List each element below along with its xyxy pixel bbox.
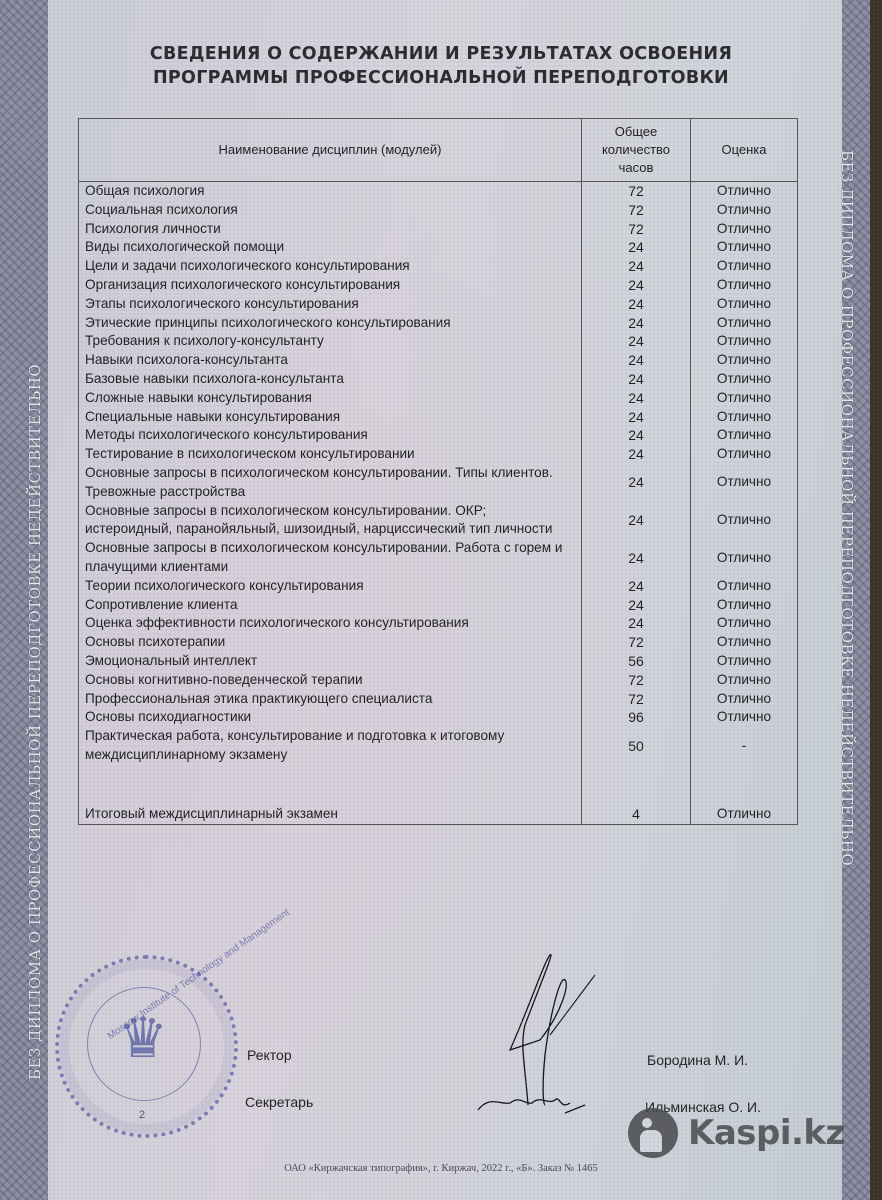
grade-cell: Отлично bbox=[691, 332, 798, 351]
grade-cell: Отлично bbox=[691, 389, 798, 408]
grade-cell: Отлично bbox=[691, 614, 798, 633]
table-row: Требования к психологу-консультанту24Отл… bbox=[79, 332, 798, 351]
hours-cell: 24 bbox=[582, 408, 691, 427]
table-row: Оценка эффективности психологического ко… bbox=[79, 614, 798, 633]
title-line-2: ПРОГРАММЫ ПРОФЕССИОНАЛЬНОЙ ПЕРЕПОДГОТОВК… bbox=[0, 66, 882, 90]
table-row: Общая психология72Отлично bbox=[79, 182, 798, 201]
rector-label: Ректор bbox=[247, 1047, 292, 1063]
discipline-name: Требования к психологу-консультанту bbox=[79, 332, 582, 351]
table-row: Организация психологического консультиро… bbox=[79, 276, 798, 295]
hours-cell: 24 bbox=[582, 445, 691, 464]
table-row bbox=[79, 765, 798, 805]
hours-cell: 24 bbox=[582, 502, 691, 540]
grade-cell: Отлично bbox=[691, 238, 798, 257]
discipline-name: Методы психологического консультирования bbox=[79, 426, 582, 445]
grade-cell: Отлично bbox=[691, 276, 798, 295]
table-row: Специальные навыки консультирования24Отл… bbox=[79, 408, 798, 427]
grade-cell: - bbox=[691, 727, 798, 765]
grade-cell: Отлично bbox=[691, 671, 798, 690]
diploma-supplement-page: БЕЗ ДИПЛОМА О ПРОФЕССИОНАЛЬНОЙ ПЕРЕПОДГО… bbox=[0, 0, 882, 1200]
grade-cell: Отлично bbox=[691, 577, 798, 596]
discipline-name: Базовые навыки психолога-консультанта bbox=[79, 370, 582, 389]
hours-cell: 24 bbox=[582, 614, 691, 633]
discipline-name: Сопротивление клиента bbox=[79, 596, 582, 615]
security-border-right: БЕЗ ДИПЛОМА О ПРОФЕССИОНАЛЬНОЙ ПЕРЕПОДГО… bbox=[842, 0, 882, 1200]
discipline-name: Организация психологического консультиро… bbox=[79, 276, 582, 295]
secretary-label: Секретарь bbox=[245, 1094, 313, 1110]
grade-cell: Отлично bbox=[691, 445, 798, 464]
hours-cell: 24 bbox=[582, 332, 691, 351]
discipline-name: Основные запросы в психологическом консу… bbox=[79, 502, 582, 540]
watermark-text: Kaspi.kz bbox=[688, 1113, 845, 1153]
table-row: Теории психологического консультирования… bbox=[79, 577, 798, 596]
discipline-name: Основные запросы в психологическом консу… bbox=[79, 539, 582, 577]
table-row: Сложные навыки консультирования24Отлично bbox=[79, 389, 798, 408]
table-row: Виды психологической помощи24Отлично bbox=[79, 238, 798, 257]
discipline-name: Общая психология bbox=[79, 182, 582, 201]
table-row: Основы когнитивно-поведенческой терапии7… bbox=[79, 671, 798, 690]
table-row: Навыки психолога-консультанта24Отлично bbox=[79, 351, 798, 370]
header-grade: Оценка bbox=[691, 119, 798, 182]
grade-cell: Отлично bbox=[691, 370, 798, 389]
hours-cell: 72 bbox=[582, 671, 691, 690]
discipline-name bbox=[79, 765, 582, 805]
hours-cell: 96 bbox=[582, 708, 691, 727]
disciplines-table: Наименование дисциплин (модулей) Общее к… bbox=[78, 118, 798, 825]
discipline-name: Специальные навыки консультирования bbox=[79, 408, 582, 427]
hours-cell: 56 bbox=[582, 652, 691, 671]
hours-cell bbox=[582, 765, 691, 805]
kaspi-watermark: Kaspi.kz bbox=[628, 1108, 845, 1158]
discipline-name: Цели и задачи психологического консульти… bbox=[79, 257, 582, 276]
table-row: Сопротивление клиента24Отлично bbox=[79, 596, 798, 615]
border-text-left: БЕЗ ДИПЛОМА О ПРОФЕССИОНАЛЬНОЙ ПЕРЕПОДГО… bbox=[26, 364, 44, 1080]
grade-cell: Отлично bbox=[691, 464, 798, 502]
table-row: Этические принципы психологического конс… bbox=[79, 314, 798, 333]
discipline-name: Профессиональная этика практикующего спе… bbox=[79, 690, 582, 709]
discipline-name: Тестирование в психологическом консульти… bbox=[79, 445, 582, 464]
table-row: Базовые навыки психолога-консультанта24О… bbox=[79, 370, 798, 389]
grade-cell: Отлично bbox=[691, 201, 798, 220]
hours-cell: 24 bbox=[582, 238, 691, 257]
border-text-right: БЕЗ ДИПЛОМА О ПРОФЕССИОНАЛЬНОЙ ПЕРЕПОДГО… bbox=[838, 150, 856, 866]
discipline-name: Основы психодиагностики bbox=[79, 708, 582, 727]
table-body: Общая психология72ОтличноСоциальная псих… bbox=[79, 182, 798, 825]
discipline-name: Оценка эффективности психологического ко… bbox=[79, 614, 582, 633]
discipline-name: Виды психологической помощи bbox=[79, 238, 582, 257]
hours-cell: 24 bbox=[582, 539, 691, 577]
discipline-name: Навыки психолога-консультанта bbox=[79, 351, 582, 370]
discipline-name: Сложные навыки консультирования bbox=[79, 389, 582, 408]
grade-cell: Отлично bbox=[691, 539, 798, 577]
hours-cell: 24 bbox=[582, 464, 691, 502]
hours-cell: 24 bbox=[582, 257, 691, 276]
table-row: Цели и задачи психологического консульти… bbox=[79, 257, 798, 276]
table-row: Основные запросы в психологическом консу… bbox=[79, 539, 798, 577]
discipline-name: Итоговый междисциплинарный экзамен bbox=[79, 805, 582, 824]
grade-cell: Отлично bbox=[691, 633, 798, 652]
grade-cell: Отлично bbox=[691, 708, 798, 727]
table-row: Основы психодиагностики96Отлично bbox=[79, 708, 798, 727]
grade-cell: Отлично bbox=[691, 314, 798, 333]
hours-cell: 24 bbox=[582, 276, 691, 295]
discipline-name: Основы когнитивно-поведенческой терапии bbox=[79, 671, 582, 690]
hours-cell: 24 bbox=[582, 426, 691, 445]
grade-cell: Отлично bbox=[691, 351, 798, 370]
table-row: Основные запросы в психологическом консу… bbox=[79, 502, 798, 540]
discipline-name: Этические принципы психологического конс… bbox=[79, 314, 582, 333]
document-title: СВЕДЕНИЯ О СОДЕРЖАНИИ И РЕЗУЛЬТАТАХ ОСВО… bbox=[0, 42, 882, 90]
discipline-name: Эмоциональный интеллект bbox=[79, 652, 582, 671]
table-row: Основы психотерапии72Отлично bbox=[79, 633, 798, 652]
discipline-name: Теории психологического консультирования bbox=[79, 577, 582, 596]
hours-cell: 72 bbox=[582, 201, 691, 220]
table-row: Психология личности72Отлично bbox=[79, 220, 798, 239]
rector-name: Бородина М. И. bbox=[647, 1052, 748, 1068]
grade-cell: Отлично bbox=[691, 182, 798, 201]
hours-cell: 24 bbox=[582, 389, 691, 408]
table-row: Методы психологического консультирования… bbox=[79, 426, 798, 445]
grade-cell: Отлично bbox=[691, 426, 798, 445]
table-row: Эмоциональный интеллект56Отлично bbox=[79, 652, 798, 671]
discipline-name: Основные запросы в психологическом консу… bbox=[79, 464, 582, 502]
grade-cell: Отлично bbox=[691, 220, 798, 239]
hours-cell: 72 bbox=[582, 633, 691, 652]
printer-imprint: ОАО «Киржачская типография», г. Киржач, … bbox=[0, 1163, 882, 1174]
table-row: Этапы психологического консультирования2… bbox=[79, 295, 798, 314]
discipline-name: Практическая работа, консультирование и … bbox=[79, 727, 582, 765]
grade-cell bbox=[691, 765, 798, 805]
hours-cell: 50 bbox=[582, 727, 691, 765]
coat-of-arms-icon: ♛ bbox=[111, 999, 175, 1079]
official-stamp: Moscow Institute of Technology and Manag… bbox=[55, 955, 238, 1138]
hours-cell: 24 bbox=[582, 577, 691, 596]
grade-cell: Отлично bbox=[691, 596, 798, 615]
hours-cell: 24 bbox=[582, 295, 691, 314]
table-row: Тестирование в психологическом консульти… bbox=[79, 445, 798, 464]
grade-cell: Отлично bbox=[691, 408, 798, 427]
table-row: Итоговый междисциплинарный экзамен4Отлич… bbox=[79, 805, 798, 824]
kaspi-logo-icon bbox=[628, 1108, 678, 1158]
grade-cell: Отлично bbox=[691, 652, 798, 671]
table-header-row: Наименование дисциплин (модулей) Общее к… bbox=[79, 119, 798, 182]
header-discipline-name: Наименование дисциплин (модулей) bbox=[79, 119, 582, 182]
hours-cell: 24 bbox=[582, 370, 691, 389]
table-row: Практическая работа, консультирование и … bbox=[79, 727, 798, 765]
grade-cell: Отлично bbox=[691, 805, 798, 824]
grade-cell: Отлично bbox=[691, 295, 798, 314]
hours-cell: 72 bbox=[582, 220, 691, 239]
table-row: Основные запросы в психологическом консу… bbox=[79, 464, 798, 502]
title-line-1: СВЕДЕНИЯ О СОДЕРЖАНИИ И РЕЗУЛЬТАТАХ ОСВО… bbox=[0, 42, 882, 66]
discipline-name: Этапы психологического консультирования bbox=[79, 295, 582, 314]
hours-cell: 24 bbox=[582, 596, 691, 615]
table-row: Социальная психология72Отлично bbox=[79, 201, 798, 220]
hours-cell: 72 bbox=[582, 690, 691, 709]
stamp-number: 2 bbox=[139, 1109, 145, 1121]
discipline-name: Психология личности bbox=[79, 220, 582, 239]
grade-cell: Отлично bbox=[691, 690, 798, 709]
hours-cell: 24 bbox=[582, 314, 691, 333]
table-row: Профессиональная этика практикующего спе… bbox=[79, 690, 798, 709]
hours-cell: 4 bbox=[582, 805, 691, 824]
discipline-name: Социальная психология bbox=[79, 201, 582, 220]
hours-cell: 72 bbox=[582, 182, 691, 201]
rector-signature bbox=[470, 945, 610, 1120]
grade-cell: Отлично bbox=[691, 502, 798, 540]
discipline-name: Основы психотерапии bbox=[79, 633, 582, 652]
security-border-left: БЕЗ ДИПЛОМА О ПРОФЕССИОНАЛЬНОЙ ПЕРЕПОДГО… bbox=[0, 0, 48, 1200]
grade-cell: Отлично bbox=[691, 257, 798, 276]
hours-cell: 24 bbox=[582, 351, 691, 370]
header-hours: Общее количество часов bbox=[582, 119, 691, 182]
